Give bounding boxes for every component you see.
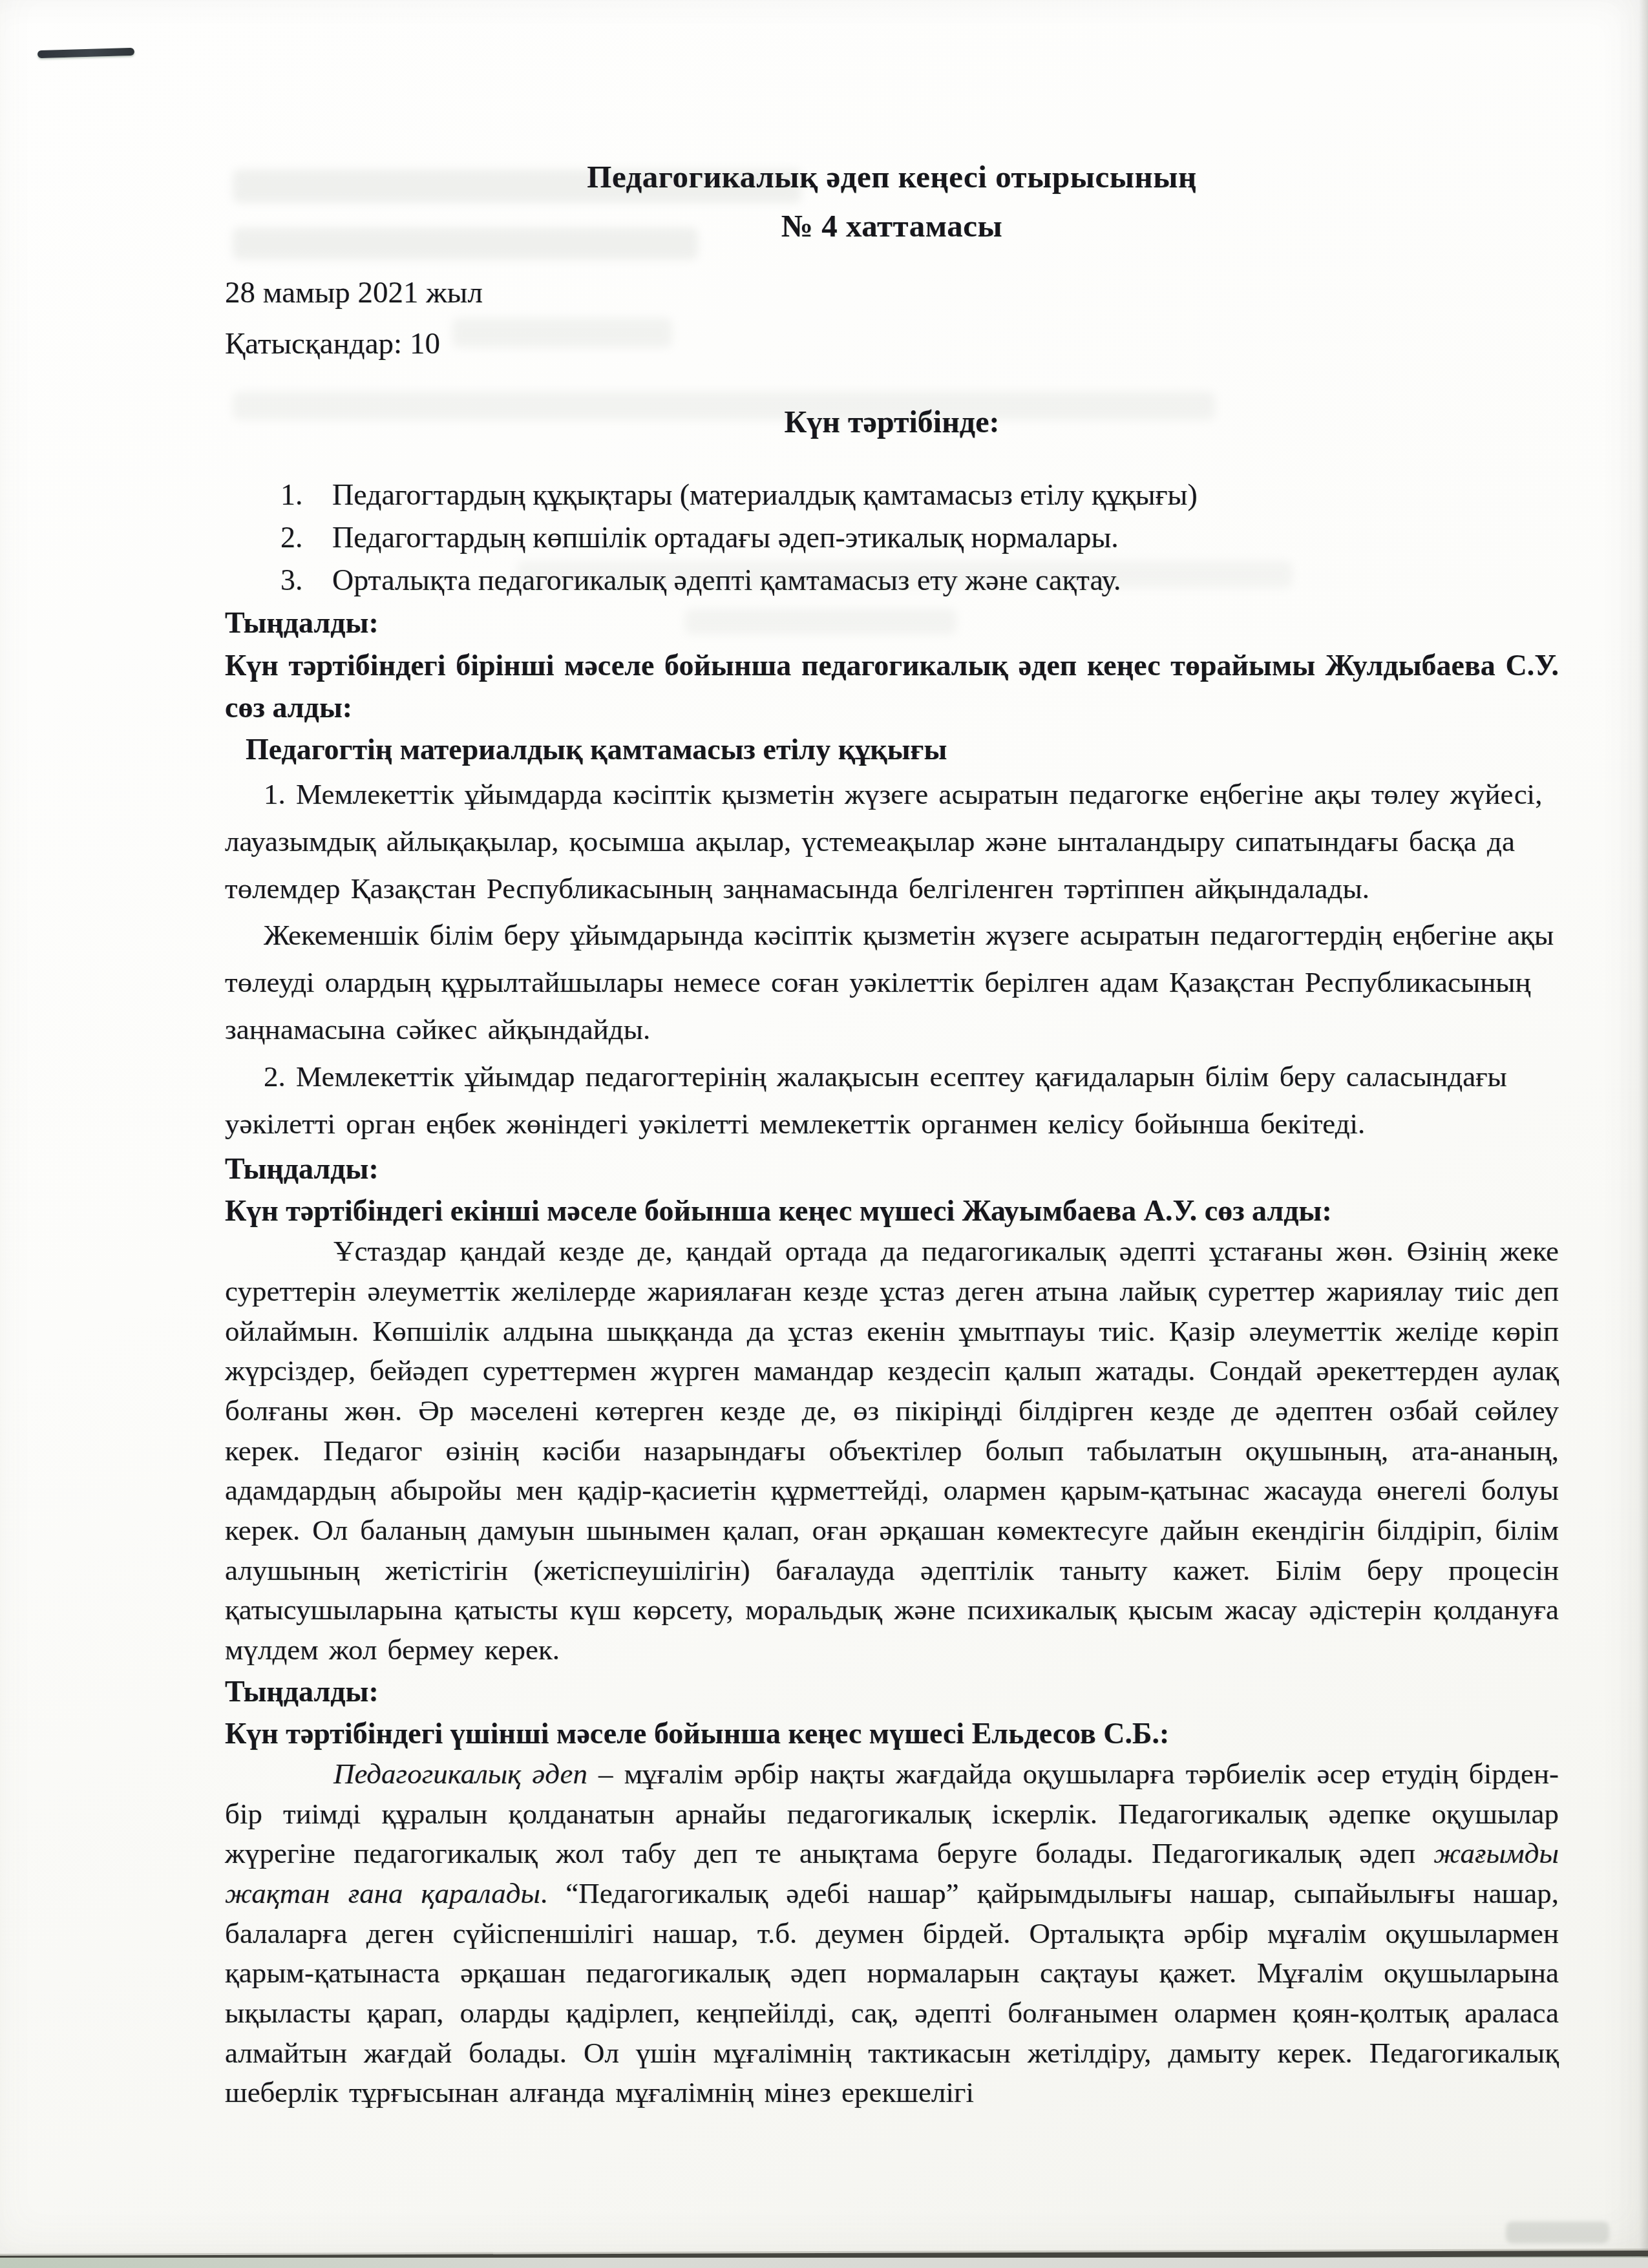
- body-paragraph: Жекеменшік білім беру ұйымдарында кәсіпт…: [225, 912, 1559, 1053]
- document-body: Педагогикалық әдеп кеңесі отырысының № 4…: [225, 152, 1559, 2113]
- date-line: 28 мамыр 2021 жыл: [225, 268, 1559, 319]
- scan-mark-top-left: [37, 48, 134, 58]
- title-line-2: № 4 хаттамасы: [225, 202, 1559, 251]
- attendees-line: Қатысқандар: 10: [225, 319, 1559, 370]
- heard-heading: Тыңдалды:: [225, 602, 1559, 644]
- agenda-item: 3. Орталықта педагогикалық әдепті қамтам…: [280, 559, 1559, 602]
- agenda-list: 1. Педагогтардың құқықтары (материалдық …: [225, 474, 1559, 602]
- scanner-bed: [0, 2258, 1648, 2268]
- agenda-heading: Күн тәртібінде:: [225, 404, 1559, 440]
- heard-heading: Тыңдалды:: [225, 1670, 1559, 1712]
- section-intro: Күн тәртібіндегі үшінші мәселе бойынша к…: [225, 1712, 1559, 1754]
- scanned-document-page: Педагогикалық әдеп кеңесі отырысының № 4…: [0, 0, 1648, 2268]
- title-line-1: Педагогикалық әдеп кеңесі отырысының: [225, 152, 1559, 202]
- agenda-item-text: Орталықта педагогикалық әдепті қамтамасы…: [332, 559, 1121, 602]
- document-title: Педагогикалық әдеп кеңесі отырысының № 4…: [225, 152, 1559, 251]
- body-paragraph: 2. Мемлекеттік ұйымдар педагогтерінің жа…: [225, 1053, 1559, 1148]
- section-subheading: Педагогтің материалдық қамтамасыз етілу …: [225, 728, 1559, 770]
- italic-term: Педагогикалық әдеп: [333, 1758, 587, 1790]
- body-paragraph: Ұстаздар қандай кезде де, қандай ортада …: [225, 1232, 1559, 1670]
- agenda-item-text: Педагогтардың көпшілік ортадағы әдеп-эти…: [332, 516, 1119, 559]
- body-paragraph: 1. Мемлекеттік ұйымдарда кәсіптік қызмет…: [225, 771, 1559, 912]
- document-meta: 28 мамыр 2021 жыл Қатысқандар: 10: [225, 268, 1559, 370]
- agenda-item-number: 1.: [280, 474, 332, 516]
- heard-heading: Тыңдалды:: [225, 1148, 1559, 1190]
- agenda-item-number: 3.: [280, 559, 332, 602]
- agenda-item: 2. Педагогтардың көпшілік ортадағы әдеп-…: [280, 516, 1559, 559]
- agenda-item: 1. Педагогтардың құқықтары (материалдық …: [280, 474, 1559, 516]
- paragraph-segment: . “Педагогикалық әдебі нашар” қайрымдылы…: [225, 1877, 1559, 2108]
- bleed-through-artifact: [1506, 2221, 1609, 2243]
- section-intro: Күн тәртібіндегі бірінші мәселе бойынша …: [225, 644, 1559, 729]
- agenda-item-number: 2.: [280, 516, 332, 559]
- agenda-item-text: Педагогтардың құқықтары (материалдық қам…: [332, 474, 1198, 516]
- body-paragraph: Педагогикалық әдеп – мұғалім әрбір нақты…: [225, 1754, 1559, 2113]
- page-right-edge-shadow: [1639, 0, 1648, 2268]
- section-intro: Күн тәртібіндегі екінші мәселе бойынша к…: [225, 1190, 1559, 1232]
